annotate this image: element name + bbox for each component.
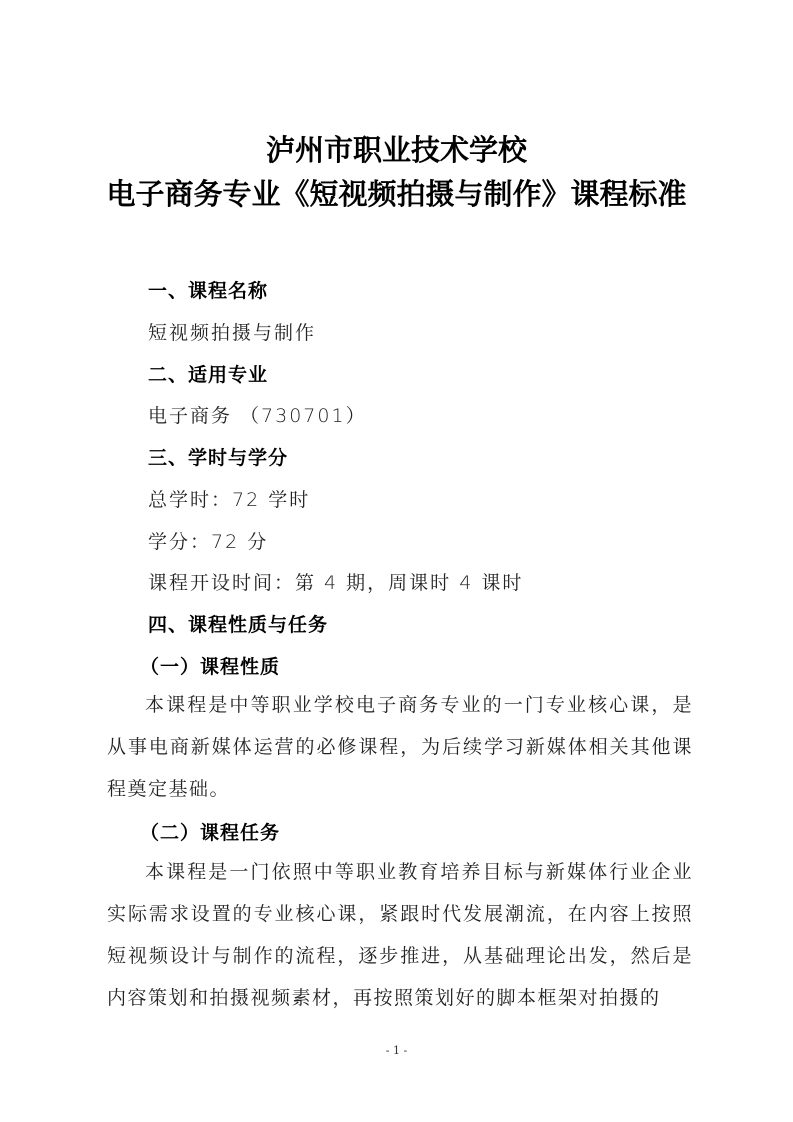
page-number: - 1 - [0, 1044, 793, 1057]
credits: 学分：72 分 [148, 527, 268, 554]
course-tasks-paragraph: 本课程是一门依照中等职业教育培养目标与新媒体行业企业实际需求设置的专业核心课，紧… [107, 851, 693, 1019]
section-heading-applicable-major: 二、适用专业 [148, 360, 268, 387]
course-nature-paragraph: 本课程是中等职业学校电子商务专业的一门专业核心课，是从事电商新媒体运营的必修课程… [107, 684, 693, 810]
total-hours: 总学时：72 学时 [148, 485, 310, 512]
section-heading-hours-credits: 三、学时与学分 [148, 443, 288, 470]
section-heading-nature-tasks: 四、课程性质与任务 [148, 610, 328, 637]
section-heading-course-name: 一、课程名称 [148, 276, 268, 303]
document-title-course-standard: 电子商务专业《短视频拍摄与制作》课程标准 [0, 172, 793, 213]
subsection-heading-course-nature: （一）课程性质 [140, 652, 280, 679]
document-title-school: 泸州市职业技术学校 [0, 128, 793, 169]
applicable-major-value: 电子商务 （730701） [148, 401, 367, 428]
subsection-heading-course-tasks: （二）课程任务 [140, 818, 280, 845]
course-schedule: 课程开设时间：第 4 期，周课时 4 课时 [148, 568, 523, 595]
course-name-value: 短视频拍摄与制作 [148, 318, 316, 345]
